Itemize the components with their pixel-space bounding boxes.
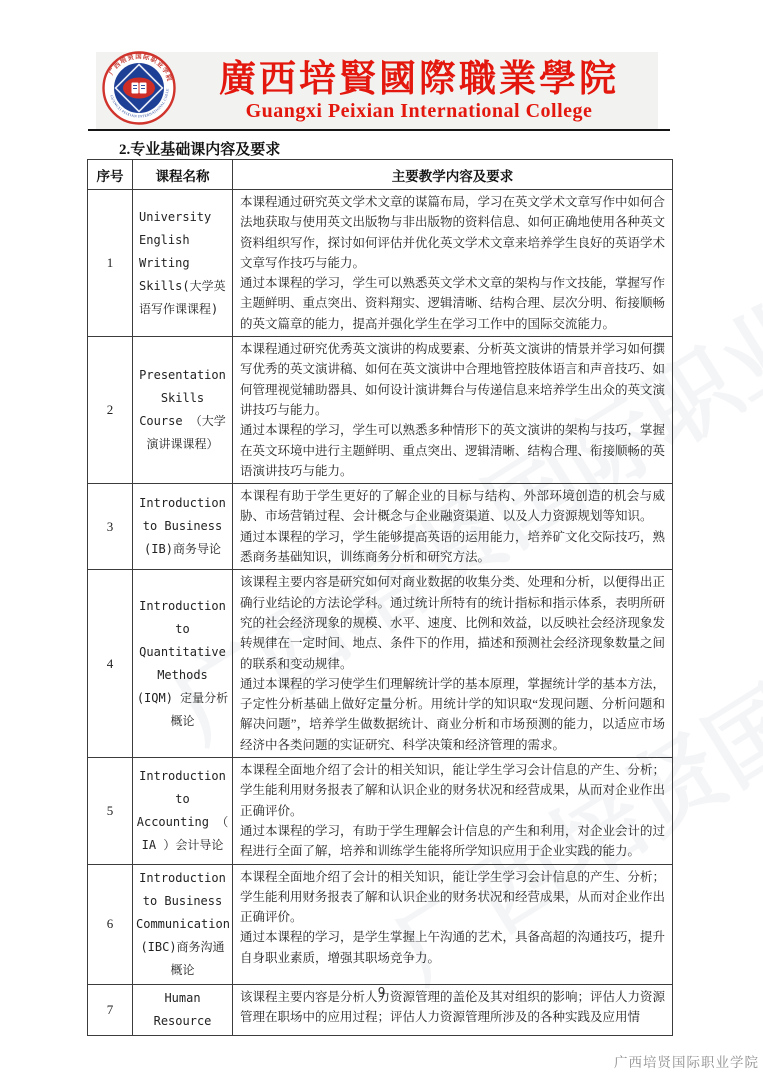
college-seal-logo: 广西培贤国际职业学院 GUANGXI PEIXIAN INTERNATIONAL… [102, 51, 176, 130]
section-title: 2.专业基础课内容及要求 [119, 138, 280, 159]
course-description: 本课程通过研究优秀英文演讲的构成要素、分析英文演讲的情景并学习如何撰写优秀的英文… [233, 337, 673, 484]
course-name: Introduction to Accounting （ IA ）会计导论 [133, 758, 233, 864]
course-name: Introduction to Business Communication (… [133, 864, 233, 984]
course-description: 本课程有助于学生更好的了解企业的目标与结构、外部环境创造的机会与威胁、市场营销过… [233, 484, 673, 570]
row-number: 6 [88, 864, 133, 984]
description-paragraph: 本课程全面地介绍了会计的相关知识，能让学生学习会计信息的产生、分析；学生能利用财… [240, 867, 665, 928]
description-paragraph: 本课程通过研究优秀英文演讲的构成要素、分析英文演讲的情景并学习如何撰写优秀的英文… [240, 339, 665, 420]
row-number: 2 [88, 337, 133, 484]
footer-watermark: 广西培贤国际职业学院 [614, 1051, 759, 1071]
course-name: Introduction to Business (IB)商务导论 [133, 484, 233, 570]
description-paragraph: 本课程有助于学生更好的了解企业的目标与结构、外部环境创造的机会与威胁、市场营销过… [240, 486, 665, 527]
description-paragraph: 通过本课程的学习，有助于学生理解会计信息的产生和利用，对企业会计的过程进行全面了… [240, 821, 665, 862]
course-content-table: 序号 课程名称 主要教学内容及要求 1 University English W… [87, 159, 673, 1036]
page-number: 9 [0, 986, 763, 1001]
description-paragraph: 通过本课程的学习使学生们理解统计学的基本原理，掌握统计学的基本方法，子定性分析基… [240, 674, 665, 755]
description-paragraph: 该课程主要内容是研究如何对商业数据的收集分类、处理和分析，以便得出正确行业结论的… [240, 572, 665, 673]
table-row: 4 Introduction to Quantitative Methods (… [88, 570, 673, 758]
college-seal-icon: 广西培贤国际职业学院 GUANGXI PEIXIAN INTERNATIONAL… [102, 51, 176, 125]
college-name-chinese: 廣西培賢國際職業學院 [180, 60, 658, 100]
college-header: 广西培贤国际职业学院 GUANGXI PEIXIAN INTERNATIONAL… [96, 52, 658, 129]
course-name: Introduction to Quantitative Methods (IQ… [133, 570, 233, 758]
table-row: 5 Introduction to Accounting （ IA ）会计导论 … [88, 758, 673, 864]
college-titles: 廣西培賢國際職業學院 Guangxi Peixian International… [180, 60, 658, 122]
description-paragraph: 本课程通过研究英文学术文章的谋篇布局，学习在英文学术文章写作中如何合法地获取与使… [240, 192, 665, 273]
course-description: 本课程全面地介绍了会计的相关知识，能让学生学习会计信息的产生、分析；学生能利用财… [233, 864, 673, 984]
description-paragraph: 通过本课程的学习，学生可以熟悉英文学术文章的架构与作文技能，掌握写作主题鲜明、重… [240, 273, 665, 334]
description-paragraph: 本课程全面地介绍了会计的相关知识，能让学生学习会计信息的产生、分析；学生能利用财… [240, 760, 665, 821]
description-paragraph: 通过本课程的学习，学生可以熟悉多种情形下的英文演讲的架构与技巧，掌握在英文环境中… [240, 420, 665, 481]
description-paragraph: 通过本课程的学习，学生能够提高英语的运用能力，培养矿文化交际技巧，熟悉商务基础知… [240, 527, 665, 568]
course-name: Presentation Skills Course （大学演讲课课程） [133, 337, 233, 484]
course-description: 本课程通过研究英文学术文章的谋篇布局，学习在英文学术文章写作中如何合法地获取与使… [233, 190, 673, 337]
table-row: 1 University English Writing Skills(大学英语… [88, 190, 673, 337]
row-number: 4 [88, 570, 133, 758]
header-no: 序号 [88, 160, 133, 190]
header-course-name: 课程名称 [133, 160, 233, 190]
description-paragraph: 通过本课程的学习，是学生掌握上午沟通的艺术，具备高超的沟通技巧，提升自身职业素质… [240, 927, 665, 968]
header-main-content: 主要教学内容及要求 [233, 160, 673, 190]
table-row: 2 Presentation Skills Course （大学演讲课课程） 本… [88, 337, 673, 484]
row-number: 1 [88, 190, 133, 337]
course-name: University English Writing Skills(大学英语写作… [133, 190, 233, 337]
header-divider [88, 129, 670, 131]
table-header-row: 序号 课程名称 主要教学内容及要求 [88, 160, 673, 190]
table-row: 6 Introduction to Business Communication… [88, 864, 673, 984]
course-description: 本课程全面地介绍了会计的相关知识，能让学生学习会计信息的产生、分析；学生能利用财… [233, 758, 673, 864]
table-row: 3 Introduction to Business (IB)商务导论 本课程有… [88, 484, 673, 570]
row-number: 5 [88, 758, 133, 864]
course-description: 该课程主要内容是研究如何对商业数据的收集分类、处理和分析，以便得出正确行业结论的… [233, 570, 673, 758]
document-page: 广西培贤国际职业学院 GUANGXI PEIXIAN INTERNATIONAL… [0, 0, 763, 1080]
row-number: 3 [88, 484, 133, 570]
college-name-english: Guangxi Peixian International College [180, 100, 658, 122]
